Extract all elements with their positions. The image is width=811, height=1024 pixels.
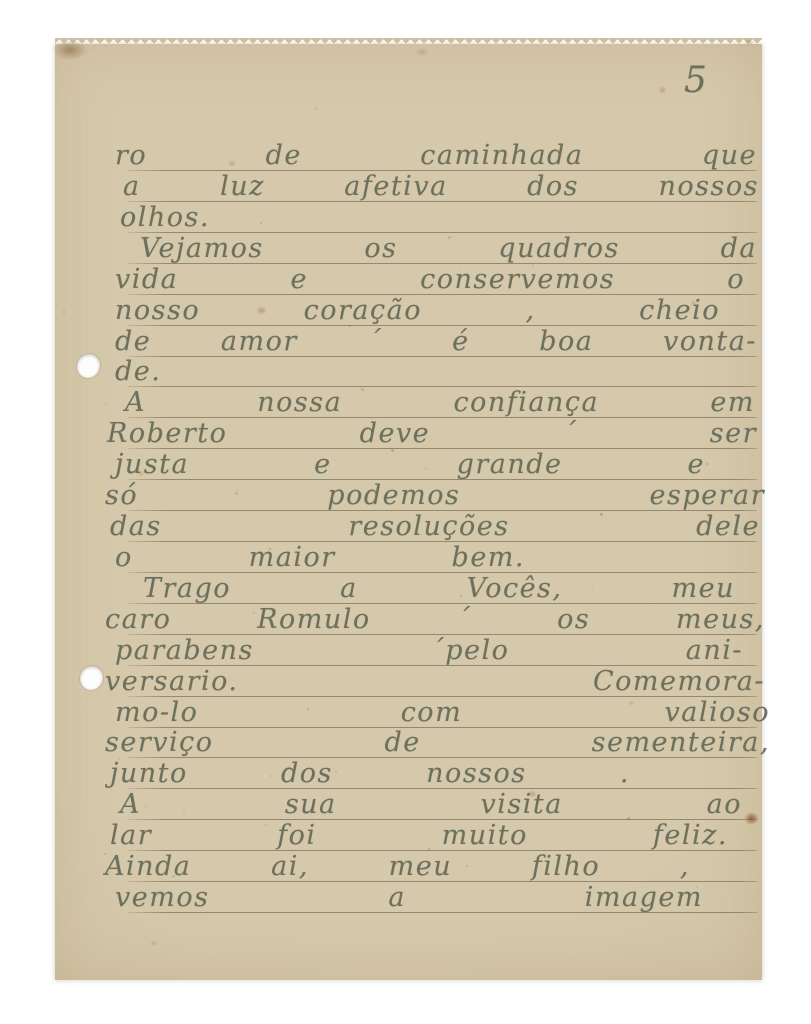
speck xyxy=(82,708,83,709)
speck xyxy=(260,222,262,224)
stain xyxy=(628,700,635,706)
speck xyxy=(460,595,462,597)
speck xyxy=(335,771,337,773)
speck xyxy=(528,897,529,898)
punch-hole xyxy=(80,666,103,690)
word: ´ xyxy=(367,326,382,358)
speck xyxy=(107,618,109,620)
speck xyxy=(104,403,107,406)
speck xyxy=(466,647,467,648)
stain xyxy=(528,790,537,798)
speck xyxy=(592,588,594,590)
speck xyxy=(214,110,215,111)
speck xyxy=(297,190,298,191)
stain xyxy=(744,38,754,46)
stain xyxy=(744,812,759,825)
word: é xyxy=(452,326,469,358)
speck xyxy=(541,153,543,155)
speck xyxy=(448,236,451,239)
speck xyxy=(751,244,752,245)
word: o xyxy=(115,542,133,574)
speck xyxy=(183,809,185,811)
stain xyxy=(228,160,236,167)
speck xyxy=(253,612,255,614)
speck xyxy=(627,817,630,820)
speck xyxy=(118,758,120,760)
punch-hole xyxy=(77,354,100,378)
stain xyxy=(690,300,697,306)
speck xyxy=(679,115,680,116)
speck xyxy=(269,548,271,550)
word: dele xyxy=(696,511,760,543)
word: vonta- xyxy=(663,326,757,358)
letter-page: 5 rodecaminhadaquealuzafetivadosnossosol… xyxy=(55,44,762,980)
word: imagem xyxy=(585,882,703,914)
speck xyxy=(576,874,578,876)
scanned-letter: 5 rodecaminhadaquealuzafetivadosnossosol… xyxy=(0,0,811,1024)
speck xyxy=(696,886,698,888)
word: vemos xyxy=(115,882,209,914)
speck xyxy=(377,761,378,762)
stain xyxy=(415,48,429,56)
page-number: 5 xyxy=(684,60,707,101)
corner-stain xyxy=(53,40,87,60)
speck xyxy=(532,264,534,266)
speck xyxy=(650,605,651,606)
speck xyxy=(265,824,267,826)
speck xyxy=(63,311,65,313)
speck xyxy=(145,805,147,807)
speck xyxy=(172,875,175,878)
speck xyxy=(349,325,351,327)
speck xyxy=(428,848,430,850)
speck xyxy=(361,388,364,391)
stain xyxy=(313,106,319,111)
speck xyxy=(354,151,355,152)
stain xyxy=(137,470,145,477)
speck xyxy=(706,463,708,465)
speck xyxy=(104,853,106,855)
speck xyxy=(233,364,234,365)
word: ser xyxy=(710,418,757,450)
speck xyxy=(466,865,468,867)
speck xyxy=(600,513,603,516)
speck xyxy=(270,775,272,777)
word: nossos xyxy=(658,171,758,203)
speck xyxy=(391,449,394,452)
speck xyxy=(425,468,427,470)
speck xyxy=(735,287,737,289)
stain xyxy=(658,86,667,94)
speck xyxy=(519,798,520,799)
speck xyxy=(235,492,238,495)
word: o xyxy=(727,264,745,296)
word: afetiva xyxy=(344,171,447,203)
manuscript-line-25: vemosaimagem xyxy=(115,878,703,914)
word: dos xyxy=(527,171,579,203)
speck xyxy=(459,269,461,271)
word: a xyxy=(388,882,406,914)
speck xyxy=(307,708,309,710)
stain xyxy=(150,940,158,946)
word: boa xyxy=(539,326,593,358)
stain xyxy=(256,306,267,315)
